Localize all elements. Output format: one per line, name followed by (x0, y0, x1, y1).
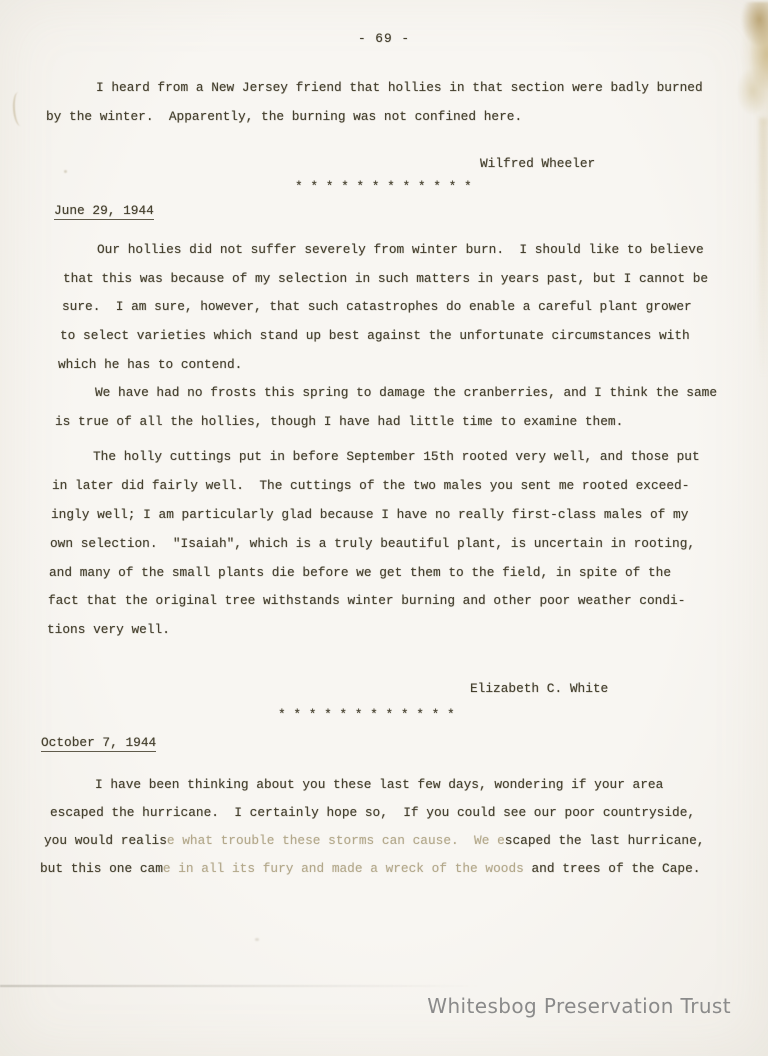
scanned-letter-page: - 69 - I heard from a New Jersey friend … (0, 0, 768, 1056)
body-line: I have been thinking about you these las… (95, 778, 663, 792)
body-line: Our hollies did not suffer severely from… (97, 243, 704, 257)
date-heading-text: June 29, 1944 (54, 203, 154, 220)
line-segment: scaped the last hurricane, (505, 833, 705, 848)
body-line: I heard from a New Jersey friend that ho… (96, 81, 703, 95)
body-line: to select varieties which stand up best … (60, 329, 690, 343)
body-line: but this one came in all its fury and ma… (40, 862, 700, 876)
paper-speck (255, 938, 259, 941)
body-line: is true of all the hollies, though I hav… (55, 415, 623, 429)
date-heading-october: October 7, 1944 (41, 736, 156, 750)
paper-mark (12, 92, 27, 127)
date-heading-june: June 29, 1944 (54, 204, 154, 218)
page-number: - 69 - (0, 32, 768, 46)
asterisk-separator: * * * * * * * * * * * * (295, 180, 472, 194)
asterisk-separator: * * * * * * * * * * * * (278, 708, 455, 722)
line-segment: and trees of the Cape. (524, 861, 701, 876)
body-line: ingly well; I am particularly glad becau… (51, 508, 688, 522)
body-line: sure. I am sure, however, that such cata… (62, 300, 692, 314)
body-line: by the winter. Apparently, the burning w… (46, 110, 522, 124)
right-edge-discoloration (759, 118, 768, 378)
line-segment-faded: e what trouble these storms can cause. W… (167, 833, 505, 848)
body-line: that this was because of my selection in… (63, 272, 708, 286)
body-line: in later did fairly well. The cuttings o… (52, 479, 689, 493)
body-line: which he has to contend. (58, 358, 242, 372)
date-heading-text: October 7, 1944 (41, 735, 156, 752)
body-line: fact that the original tree withstands w… (48, 594, 685, 608)
line-segment-faded: e in all its fury and made a wreck of th… (163, 861, 524, 876)
paper-speck (64, 170, 67, 173)
body-line: The holly cuttings put in before Septemb… (93, 450, 700, 464)
body-line: own selection. "Isaiah", which is a trul… (50, 537, 695, 551)
body-line: We have had no frosts this spring to dam… (95, 386, 717, 400)
body-line: escaped the hurricane. I certainly hope … (50, 806, 695, 820)
watermark: Whitesbog Preservation Trust (427, 994, 731, 1018)
line-segment: you would realis (44, 833, 167, 848)
signature-elizabeth-white: Elizabeth C. White (470, 682, 608, 696)
body-line: tions very well. (47, 623, 170, 637)
line-segment: but this one cam (40, 861, 163, 876)
body-line: you would realise what trouble these sto… (44, 834, 704, 848)
paper-crease (0, 985, 480, 987)
aged-paper-stain (724, 2, 768, 126)
signature-wilfred-wheeler: Wilfred Wheeler (480, 157, 595, 171)
body-line: and many of the small plants die before … (49, 566, 671, 580)
